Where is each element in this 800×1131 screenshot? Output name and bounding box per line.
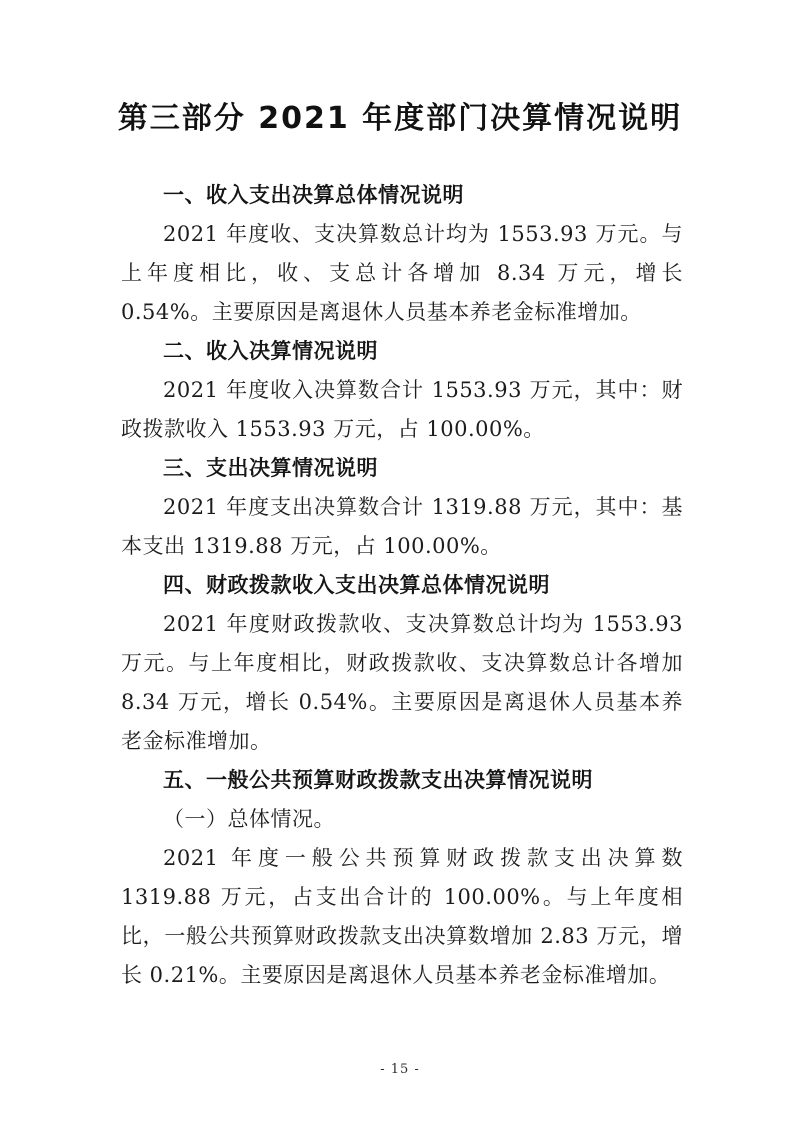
section-1-heading: 一、收入支出决算总体情况说明	[121, 176, 683, 215]
document-page: 第三部分 2021 年度部门决算情况说明 一、收入支出决算总体情况说明 2021…	[0, 0, 800, 1131]
section-2-heading: 二、收入决算情况说明	[121, 332, 683, 371]
section-5-heading: 五、一般公共预算财政拨款支出决算情况说明	[121, 761, 683, 800]
section-5-paragraph: 2021 年度一般公共预算财政拨款支出决算数 1319.88 万元，占支出合计的…	[121, 839, 683, 995]
document-content: 一、收入支出决算总体情况说明 2021 年度收、支决算数总计均为 1553.93…	[121, 176, 683, 995]
section-2-paragraph: 2021 年度收入决算数合计 1553.93 万元，其中：财政拨款收入 1553…	[121, 371, 683, 449]
section-income-expenditure-overview: 一、收入支出决算总体情况说明 2021 年度收、支决算数总计均为 1553.93…	[121, 176, 683, 332]
section-4-heading: 四、财政拨款收入支出决算总体情况说明	[121, 566, 683, 605]
section-3-paragraph: 2021 年度支出决算数合计 1319.88 万元，其中：基本支出 1319.8…	[121, 488, 683, 566]
section-5-subheading: （一）总体情况。	[121, 800, 683, 839]
section-income-final-accounts: 二、收入决算情况说明 2021 年度收入决算数合计 1553.93 万元，其中：…	[121, 332, 683, 449]
page-number: - 15 -	[0, 1062, 800, 1077]
section-fiscal-appropriation-overview: 四、财政拨款收入支出决算总体情况说明 2021 年度财政拨款收、支决算数总计均为…	[121, 566, 683, 761]
section-expenditure-final-accounts: 三、支出决算情况说明 2021 年度支出决算数合计 1319.88 万元，其中：…	[121, 449, 683, 566]
section-3-heading: 三、支出决算情况说明	[121, 449, 683, 488]
section-4-paragraph: 2021 年度财政拨款收、支决算数总计均为 1553.93 万元。与上年度相比，…	[121, 605, 683, 761]
section-1-paragraph: 2021 年度收、支决算数总计均为 1553.93 万元。与上年度相比，收、支总…	[121, 215, 683, 332]
page-title: 第三部分 2021 年度部门决算情况说明	[0, 0, 800, 140]
section-general-public-budget-expenditure: 五、一般公共预算财政拨款支出决算情况说明 （一）总体情况。 2021 年度一般公…	[121, 761, 683, 995]
